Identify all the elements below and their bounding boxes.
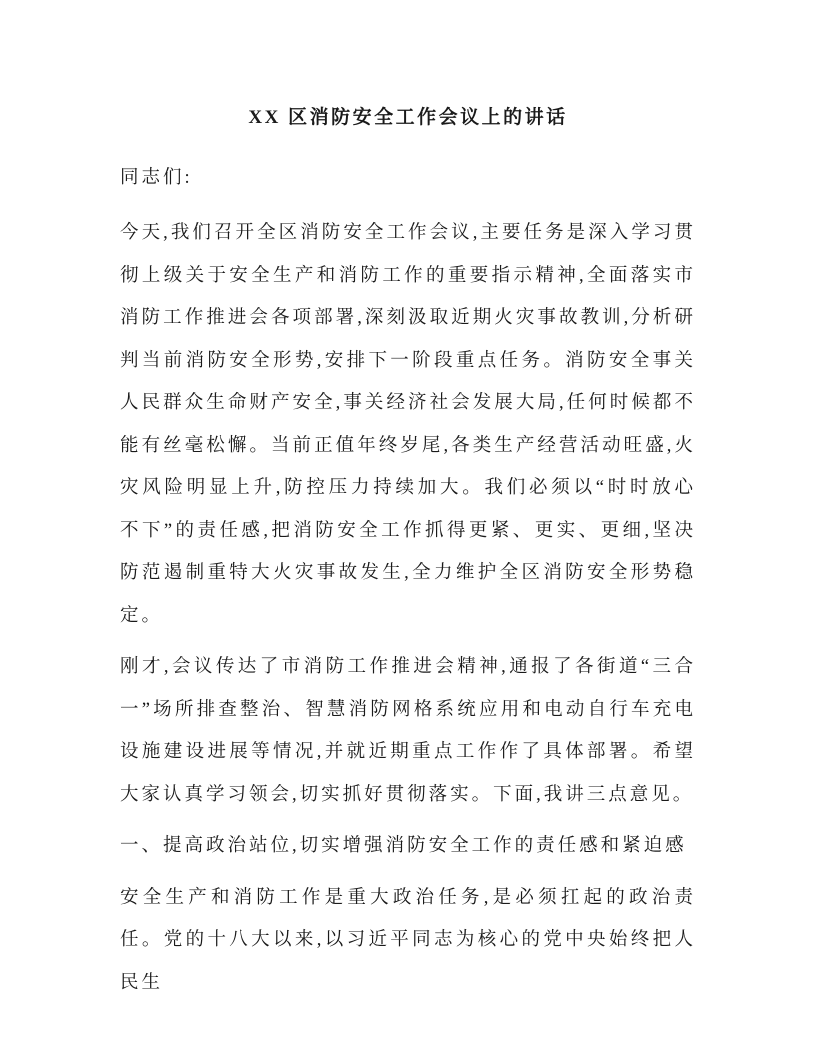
document-title: XX 区消防安全工作会议上的讲话 [120, 96, 696, 140]
section-heading-1: 一、提高政治站位,切实增强消防安全工作的责任感和紧迫感 [120, 825, 696, 868]
paragraph-meeting-summary: 刚才,会议传达了市消防工作推进会精神,通报了各街道“三合一”场所排查整治、智慧消… [120, 646, 696, 816]
paragraph-political-responsibility: 安全生产和消防工作是重大政治任务,是必须扛起的政治责任。党的十八大以来,以习近平… [120, 877, 696, 1005]
document-page: XX 区消防安全工作会议上的讲话 同志们: 今天,我们召开全区消防安全工作会议,… [0, 0, 816, 1056]
salutation: 同志们: [120, 156, 696, 200]
paragraph-opening: 今天,我们召开全区消防安全工作会议,主要任务是深入学习贯彻上级关于安全生产和消防… [120, 212, 696, 637]
